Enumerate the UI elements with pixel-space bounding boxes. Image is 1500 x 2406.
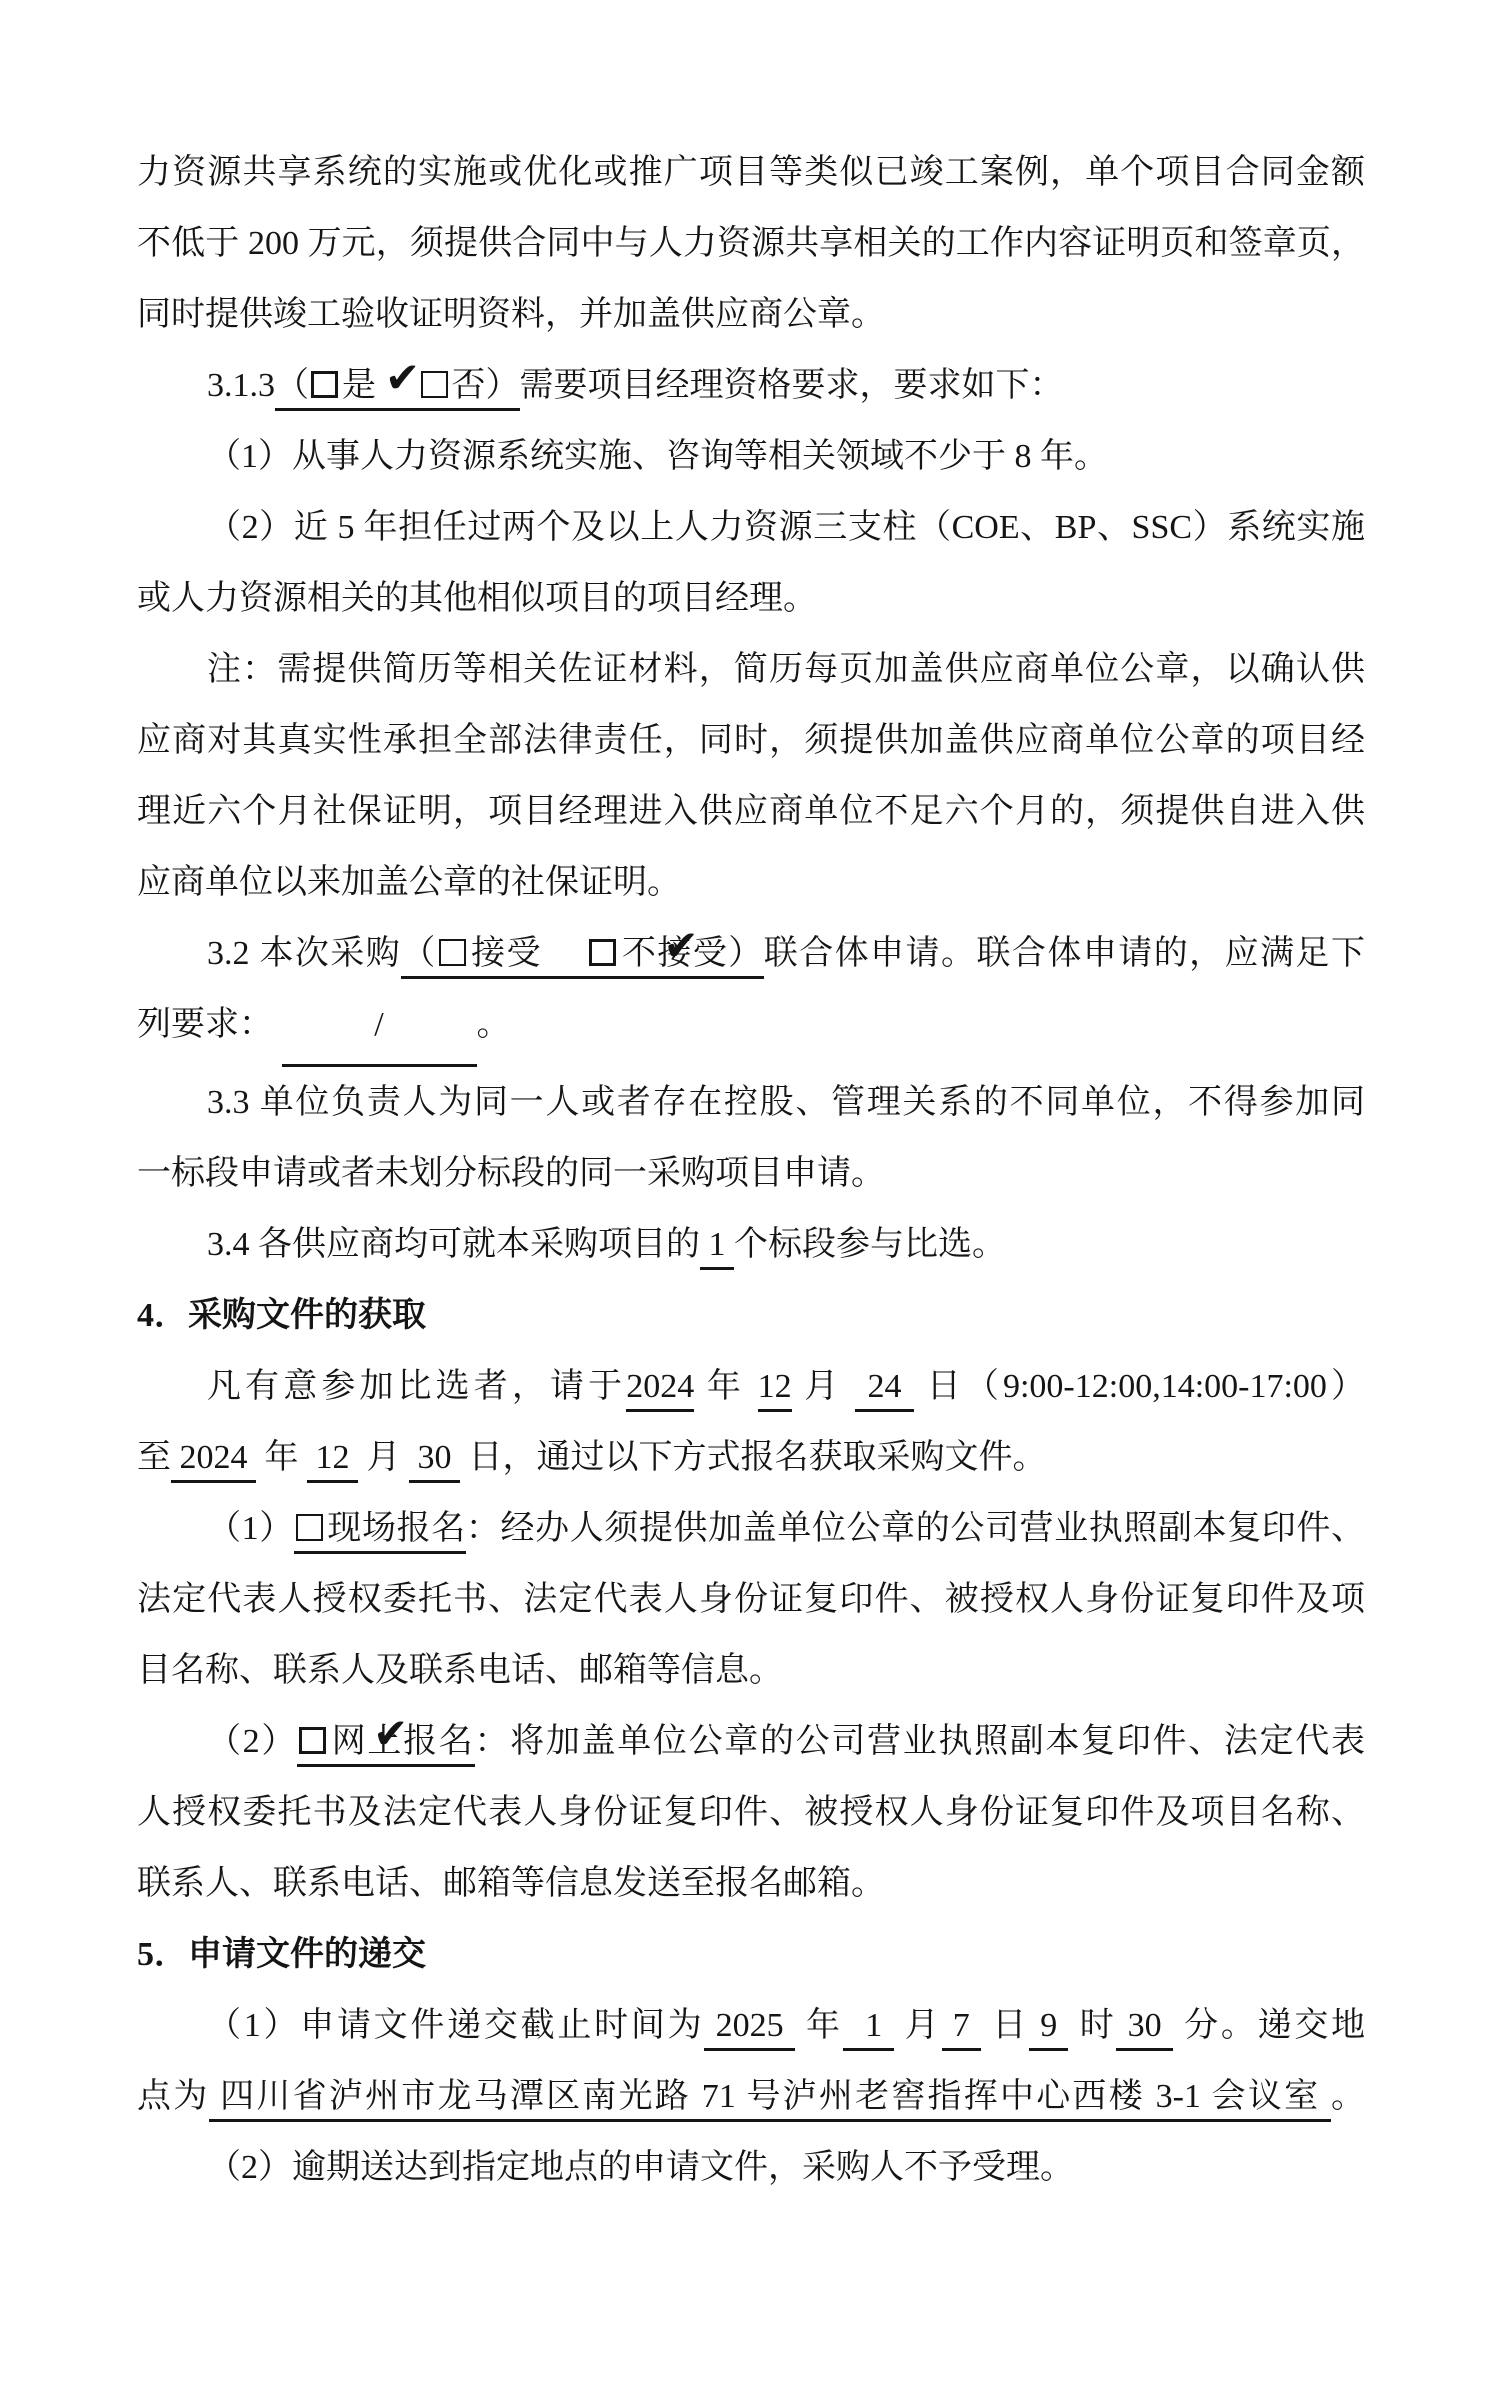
accept-choice-underline: （接受 ✔不接受） bbox=[401, 935, 763, 979]
onsite-signup-underline: 现场报名 bbox=[294, 1510, 466, 1554]
text-run: 日（9:00-12:00,14:00-17:00） bbox=[914, 1368, 1365, 1405]
section-4-para1-line2: 至 2024 年 12 月 30 日，通过以下方式报名获取采购文件。 bbox=[137, 1422, 1365, 1493]
clause-3-1-3: 3.1.3（✔是 否）需要项目经理资格要求，要求如下： bbox=[137, 350, 1365, 421]
clause-3-2-line1: 3.2 本次采购（接受 ✔不接受）联合体申请。联合体申请的，应满足下 bbox=[137, 918, 1365, 989]
text-run: 列要求： bbox=[137, 1006, 282, 1043]
text-run: 年 bbox=[256, 1439, 307, 1476]
deadline-year-underline: 2025 bbox=[704, 2007, 794, 2051]
text-run: 月 bbox=[894, 2007, 942, 2044]
check-mark-icon: ✔ bbox=[593, 925, 698, 967]
text-run: 应商单位以来加盖公章的社保证明。 bbox=[137, 864, 681, 901]
start-day-underline: 24 bbox=[855, 1368, 914, 1412]
text-run: 时 bbox=[1068, 2007, 1116, 2044]
yes-checked-checkbox-icon: ✔ bbox=[311, 371, 338, 398]
onsite-unchecked-checkbox-icon bbox=[296, 1514, 323, 1541]
deadline-day-underline: 7 bbox=[942, 2007, 981, 2051]
text-run: 3.4 各供应商均可就本采购项目的 bbox=[207, 1226, 700, 1263]
section-5-heading: 5．申请文件的递交 bbox=[137, 1919, 1365, 1990]
end-day-underline: 30 bbox=[409, 1439, 460, 1483]
check-mark-icon: ✔ bbox=[303, 1713, 408, 1755]
text-run: 年 bbox=[694, 1368, 757, 1405]
check-mark-icon: ✔ bbox=[315, 357, 420, 399]
text-run: 3.1.3 bbox=[207, 367, 275, 404]
text-run: （2）逾期送达到指定地点的申请文件，采购人不予受理。 bbox=[207, 2149, 1074, 2186]
text-run: 点为 bbox=[137, 2078, 209, 2115]
text-run: ：经办人须提供加盖单位公章的公司营业执照副本复印件、 bbox=[466, 1510, 1365, 1547]
text-run: （2）近 5 年担任过两个及以上人力资源三支柱（COE、BP、SSC）系统实施 bbox=[207, 509, 1365, 546]
end-month-underline: 12 bbox=[307, 1439, 358, 1483]
text-run: 不低于 200 万元，须提供合同中与人力资源共享相关的工作内容证明页和签章页， bbox=[137, 225, 1365, 262]
text-run: 目名称、联系人及联系电话、邮箱等信息。 bbox=[137, 1652, 783, 1689]
text-run: 3.3 单位负责人为同一人或者存在控股、管理关系的不同单位，不得参加同 bbox=[207, 1084, 1365, 1121]
text-run: 5．申请文件的递交 bbox=[137, 1936, 426, 1973]
note-line2: 应商对其真实性承担全部法律责任，同时，须提供加盖供应商单位公章的项目经 bbox=[137, 705, 1365, 776]
text-run: 法定代表人授权委托书、法定代表人身份证复印件、被授权人身份证复印件及项 bbox=[137, 1581, 1365, 1618]
document-content: 力资源共享系统的实施或优化或推广项目等类似已竣工案例，单个项目合同金额不低于 2… bbox=[137, 137, 1365, 2203]
onsite-signup-line1: （1）现场报名：经办人须提供加盖单位公章的公司营业执照副本复印件、 bbox=[137, 1493, 1365, 1564]
text-run: （1）从事人力资源系统实施、咨询等相关领域不少于 8 年。 bbox=[207, 438, 1108, 475]
section-4-para1-line1: 凡有意参加比选者，请于2024 年 12 月 24 日（9:00-12:00,1… bbox=[137, 1351, 1365, 1422]
online-signup-line2: 人授权委托书及法定代表人身份证复印件、被授权人身份证复印件及项目名称、 bbox=[137, 1777, 1365, 1848]
text-run: 。 bbox=[477, 1006, 511, 1043]
text-run: 人授权委托书及法定代表人身份证复印件、被授权人身份证复印件及项目名称、 bbox=[137, 1794, 1365, 1831]
deadline-hour-underline: 9 bbox=[1029, 2007, 1068, 2051]
text-run: 一标段申请或者未划分标段的同一采购项目申请。 bbox=[137, 1155, 885, 1192]
text-run: 理近六个月社保证明，项目经理进入供应商单位不足六个月的，须提供自进入供 bbox=[137, 793, 1365, 830]
text-run: 月 bbox=[792, 1368, 855, 1405]
online-signup-underline: ✔网上报名 bbox=[297, 1723, 474, 1767]
text-run: （1） bbox=[207, 1510, 294, 1547]
note-line4: 应商单位以来加盖公章的社保证明。 bbox=[137, 847, 1365, 918]
text-run: 4．采购文件的获取 bbox=[137, 1297, 426, 1334]
text-run: 联系人、联系电话、邮箱等信息发送至报名邮箱。 bbox=[137, 1865, 885, 1902]
clause-3-2-line2: 列要求： /。 bbox=[137, 989, 1365, 1067]
text-run: 至 bbox=[137, 1439, 171, 1476]
para-case-requirement-line3: 同时提供竣工验收证明资料，并加盖供应商公章。 bbox=[137, 279, 1365, 350]
text-run: 日 bbox=[981, 2007, 1029, 2044]
note-line1: 注：需提供简历等相关佐证材料，简历每页加盖供应商单位公章，以确认供 bbox=[137, 634, 1365, 705]
lot-count-underline: 1 bbox=[700, 1226, 734, 1270]
accept-unchecked-checkbox-icon bbox=[439, 939, 466, 966]
text-run: 凡有意参加比选者，请于 bbox=[207, 1368, 626, 1405]
deadline-line1: （1）申请文件递交截止时间为 2025 年 1 月 7 日 9 时 30 分。递… bbox=[137, 1990, 1365, 2061]
address-underline: 四川省泸州市龙马潭区南光路 71 号泸州老窖指挥中心西楼 3-1 会议室 bbox=[209, 2078, 1331, 2122]
clause-3-1-3-item2-line1: （2）近 5 年担任过两个及以上人力资源三支柱（COE、BP、SSC）系统实施 bbox=[137, 492, 1365, 563]
onsite-signup-line3: 目名称、联系人及联系电话、邮箱等信息。 bbox=[137, 1635, 1365, 1706]
late-submission-clause: （2）逾期送达到指定地点的申请文件，采购人不予受理。 bbox=[137, 2132, 1365, 2203]
onsite-signup-line2: 法定代表人授权委托书、法定代表人身份证复印件、被授权人身份证复印件及项 bbox=[137, 1564, 1365, 1635]
text-run: 分。递交地 bbox=[1173, 2007, 1365, 2044]
text-run: （2） bbox=[207, 1723, 297, 1760]
para-case-requirement-line2: 不低于 200 万元，须提供合同中与人力资源共享相关的工作内容证明页和签章页， bbox=[137, 208, 1365, 279]
text-run: ：将加盖单位公章的公司营业执照副本复印件、法定代表 bbox=[475, 1723, 1366, 1760]
clause-3-3-line1: 3.3 单位负责人为同一人或者存在控股、管理关系的不同单位，不得参加同 bbox=[137, 1067, 1365, 1138]
text-run: 3.2 本次采购 bbox=[207, 935, 401, 972]
online-signup-line1: （2）✔网上报名：将加盖单位公章的公司营业执照副本复印件、法定代表 bbox=[137, 1706, 1365, 1777]
text-run: 月 bbox=[358, 1439, 409, 1476]
text-run: 力资源共享系统的实施或优化或推广项目等类似已竣工案例，单个项目合同金额 bbox=[137, 154, 1365, 191]
text-run: 同时提供竣工验收证明资料，并加盖供应商公章。 bbox=[137, 296, 885, 333]
deadline-month-underline: 1 bbox=[843, 2007, 894, 2051]
not-accept-checked-checkbox-icon: ✔ bbox=[589, 939, 616, 966]
text-run: 或人力资源相关的其他相似项目的项目经理。 bbox=[137, 580, 817, 617]
clause-3-4: 3.4 各供应商均可就本采购项目的 1 个标段参与比选。 bbox=[137, 1209, 1365, 1280]
document-page: 力资源共享系统的实施或优化或推广项目等类似已竣工案例，单个项目合同金额不低于 2… bbox=[0, 0, 1500, 2406]
online-signup-line3: 联系人、联系电话、邮箱等信息发送至报名邮箱。 bbox=[137, 1848, 1365, 1919]
clause-3-1-3-item2-line2: 或人力资源相关的其他相似项目的项目经理。 bbox=[137, 563, 1365, 634]
start-month-underline: 12 bbox=[758, 1368, 792, 1412]
text-run: 。 bbox=[1331, 2078, 1365, 2115]
text-run: 年 bbox=[795, 2007, 843, 2044]
slash-blank-underline: / bbox=[282, 989, 477, 1067]
text-run: 需要项目经理资格要求，要求如下： bbox=[520, 367, 1064, 404]
para-case-requirement-line1: 力资源共享系统的实施或优化或推广项目等类似已竣工案例，单个项目合同金额 bbox=[137, 137, 1365, 208]
text-run: 联合体申请。联合体申请的，应满足下 bbox=[764, 935, 1365, 972]
deadline-minute-underline: 30 bbox=[1116, 2007, 1172, 2051]
clause-3-3-line2: 一标段申请或者未划分标段的同一采购项目申请。 bbox=[137, 1138, 1365, 1209]
clause-3-1-3-item1: （1）从事人力资源系统实施、咨询等相关领域不少于 8 年。 bbox=[137, 421, 1365, 492]
yes-no-choice-underline: （✔是 否） bbox=[275, 367, 520, 411]
end-year-underline: 2024 bbox=[171, 1439, 256, 1483]
deadline-line2: 点为 四川省泸州市龙马潭区南光路 71 号泸州老窖指挥中心西楼 3-1 会议室 … bbox=[137, 2061, 1365, 2132]
text-run: 个标段参与比选。 bbox=[734, 1226, 1006, 1263]
online-checked-checkbox-icon: ✔ bbox=[299, 1727, 326, 1754]
section-4-heading: 4．采购文件的获取 bbox=[137, 1280, 1365, 1351]
no-unchecked-checkbox-icon bbox=[421, 371, 448, 398]
note-line3: 理近六个月社保证明，项目经理进入供应商单位不足六个月的，须提供自进入供 bbox=[137, 776, 1365, 847]
text-run: 注：需提供简历等相关佐证材料，简历每页加盖供应商单位公章，以确认供 bbox=[207, 651, 1365, 688]
text-run: （1）申请文件递交截止时间为 bbox=[207, 2007, 704, 2044]
text-run: 日，通过以下方式报名获取采购文件。 bbox=[460, 1439, 1047, 1476]
start-year-underline: 2024 bbox=[626, 1368, 694, 1412]
text-run: 应商对其真实性承担全部法律责任，同时，须提供加盖供应商单位公章的项目经 bbox=[137, 722, 1365, 759]
